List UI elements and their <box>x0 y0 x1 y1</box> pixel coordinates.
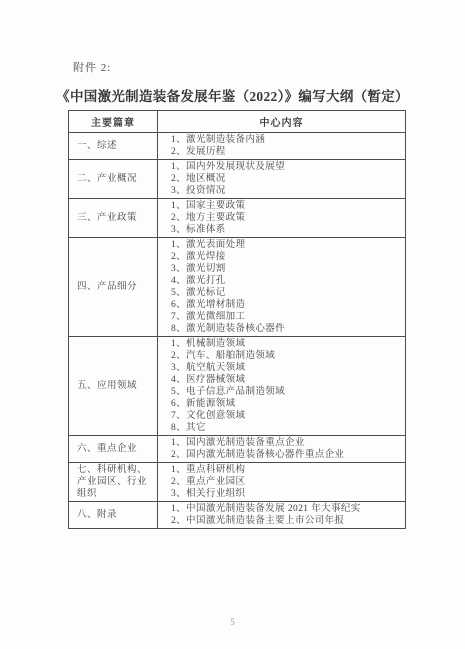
content-item: 7、文化创意领域 <box>171 410 403 422</box>
content-item: 3、航空航天领域 <box>171 362 403 374</box>
table-row: 四、产品细分 1、激光表面处理 2、激光焊接 3、激光切割 4、激光打孔 5、激… <box>69 238 406 337</box>
content-item: 2、发展历程 <box>171 146 403 158</box>
content-item: 4、激光打孔 <box>171 275 403 287</box>
chapter-cell: 四、产品细分 <box>69 238 158 337</box>
content-cell: 1、激光表面处理 2、激光焊接 3、激光切割 4、激光打孔 5、激光标记 6、激… <box>158 238 406 337</box>
content-cell: 1、国内激光制造装备重点企业 2、国内激光制造装备核心器件重点企业 <box>158 436 406 463</box>
content-item: 4、医疗器械领域 <box>171 374 403 386</box>
content-item: 1、机械制造领域 <box>171 338 403 350</box>
content-item: 6、激光增材制造 <box>171 299 403 311</box>
table-row: 三、产业政策 1、国家主要政策 2、地方主要政策 3、标准体系 <box>69 199 406 238</box>
content-item: 8、激光制造装备核心器件 <box>171 323 403 335</box>
content-item: 1、中国激光制造装备发展 2021 年大事纪实 <box>171 503 403 515</box>
content-cell: 1、国内外发展现状及展望 2、地区概况 3、投资情况 <box>158 160 406 199</box>
table-row: 一、综述 1、激光制造装备内涵 2、发展历程 <box>69 133 406 160</box>
document-page: 附件 2: 《中国激光制造装备发展年鉴（2022）》编写大纲（暂定） 主要篇章 … <box>0 0 465 649</box>
content-item: 2、地区概况 <box>171 173 403 185</box>
content-item: 1、激光制造装备内涵 <box>171 134 403 146</box>
chapter-cell: 三、产业政策 <box>69 199 158 238</box>
content-item: 6、新能源领域 <box>171 398 403 410</box>
content-cell: 1、中国激光制造装备发展 2021 年大事纪实 2、中国激光制造装备主要上市公司… <box>158 502 406 529</box>
chapter-cell: 一、综述 <box>69 133 158 160</box>
chapter-cell: 七、科研机构、产业园区、行业组织 <box>69 463 158 502</box>
page-number: 5 <box>0 617 465 627</box>
chapter-cell: 八、附录 <box>69 502 158 529</box>
content-item: 1、重点科研机构 <box>171 464 403 476</box>
content-item: 1、国内外发展现状及展望 <box>171 161 403 173</box>
chapter-cell: 二、产业概况 <box>69 160 158 199</box>
attachment-label: 附件 2: <box>73 59 111 75</box>
table-row: 八、附录 1、中国激光制造装备发展 2021 年大事纪实 2、中国激光制造装备主… <box>69 502 406 529</box>
content-item: 3、激光切割 <box>171 263 403 275</box>
content-item: 1、激光表面处理 <box>171 239 403 251</box>
table-header-row: 主要篇章 中心内容 <box>69 111 406 133</box>
outline-table: 主要篇章 中心内容 一、综述 1、激光制造装备内涵 2、发展历程 二、产业概况 … <box>68 110 406 529</box>
content-item: 3、投资情况 <box>171 185 403 197</box>
content-item: 3、标准体系 <box>171 224 403 236</box>
column-header-chapter: 主要篇章 <box>69 111 158 133</box>
content-item: 1、国内激光制造装备重点企业 <box>171 437 403 449</box>
content-item: 5、激光标记 <box>171 287 403 299</box>
content-item: 2、国内激光制造装备核心器件重点企业 <box>171 449 403 461</box>
content-cell: 1、重点科研机构 2、重点产业园区 3、相关行业组织 <box>158 463 406 502</box>
table-row: 七、科研机构、产业园区、行业组织 1、重点科研机构 2、重点产业园区 3、相关行… <box>69 463 406 502</box>
content-cell: 1、激光制造装备内涵 2、发展历程 <box>158 133 406 160</box>
content-item: 8、其它 <box>171 422 403 434</box>
content-item: 3、相关行业组织 <box>171 488 403 500</box>
content-item: 1、国家主要政策 <box>171 200 403 212</box>
table-row: 五、应用领域 1、机械制造领域 2、汽车、船舶制造领域 3、航空航天领域 4、医… <box>69 337 406 436</box>
content-item: 7、激光微细加工 <box>171 311 403 323</box>
page-title: 《中国激光制造装备发展年鉴（2022）》编写大纲（暂定） <box>0 85 465 105</box>
content-item: 2、激光焊接 <box>171 251 403 263</box>
chapter-cell: 六、重点企业 <box>69 436 158 463</box>
content-item: 2、地方主要政策 <box>171 212 403 224</box>
content-item: 5、电子信息产品制造领域 <box>171 386 403 398</box>
column-header-content: 中心内容 <box>158 111 406 133</box>
content-item: 2、重点产业园区 <box>171 476 403 488</box>
table-row: 六、重点企业 1、国内激光制造装备重点企业 2、国内激光制造装备核心器件重点企业 <box>69 436 406 463</box>
content-cell: 1、机械制造领域 2、汽车、船舶制造领域 3、航空航天领域 4、医疗器械领域 5… <box>158 337 406 436</box>
table-row: 二、产业概况 1、国内外发展现状及展望 2、地区概况 3、投资情况 <box>69 160 406 199</box>
content-cell: 1、国家主要政策 2、地方主要政策 3、标准体系 <box>158 199 406 238</box>
content-item: 2、中国激光制造装备主要上市公司年报 <box>171 515 403 527</box>
chapter-cell: 五、应用领域 <box>69 337 158 436</box>
content-item: 2、汽车、船舶制造领域 <box>171 350 403 362</box>
